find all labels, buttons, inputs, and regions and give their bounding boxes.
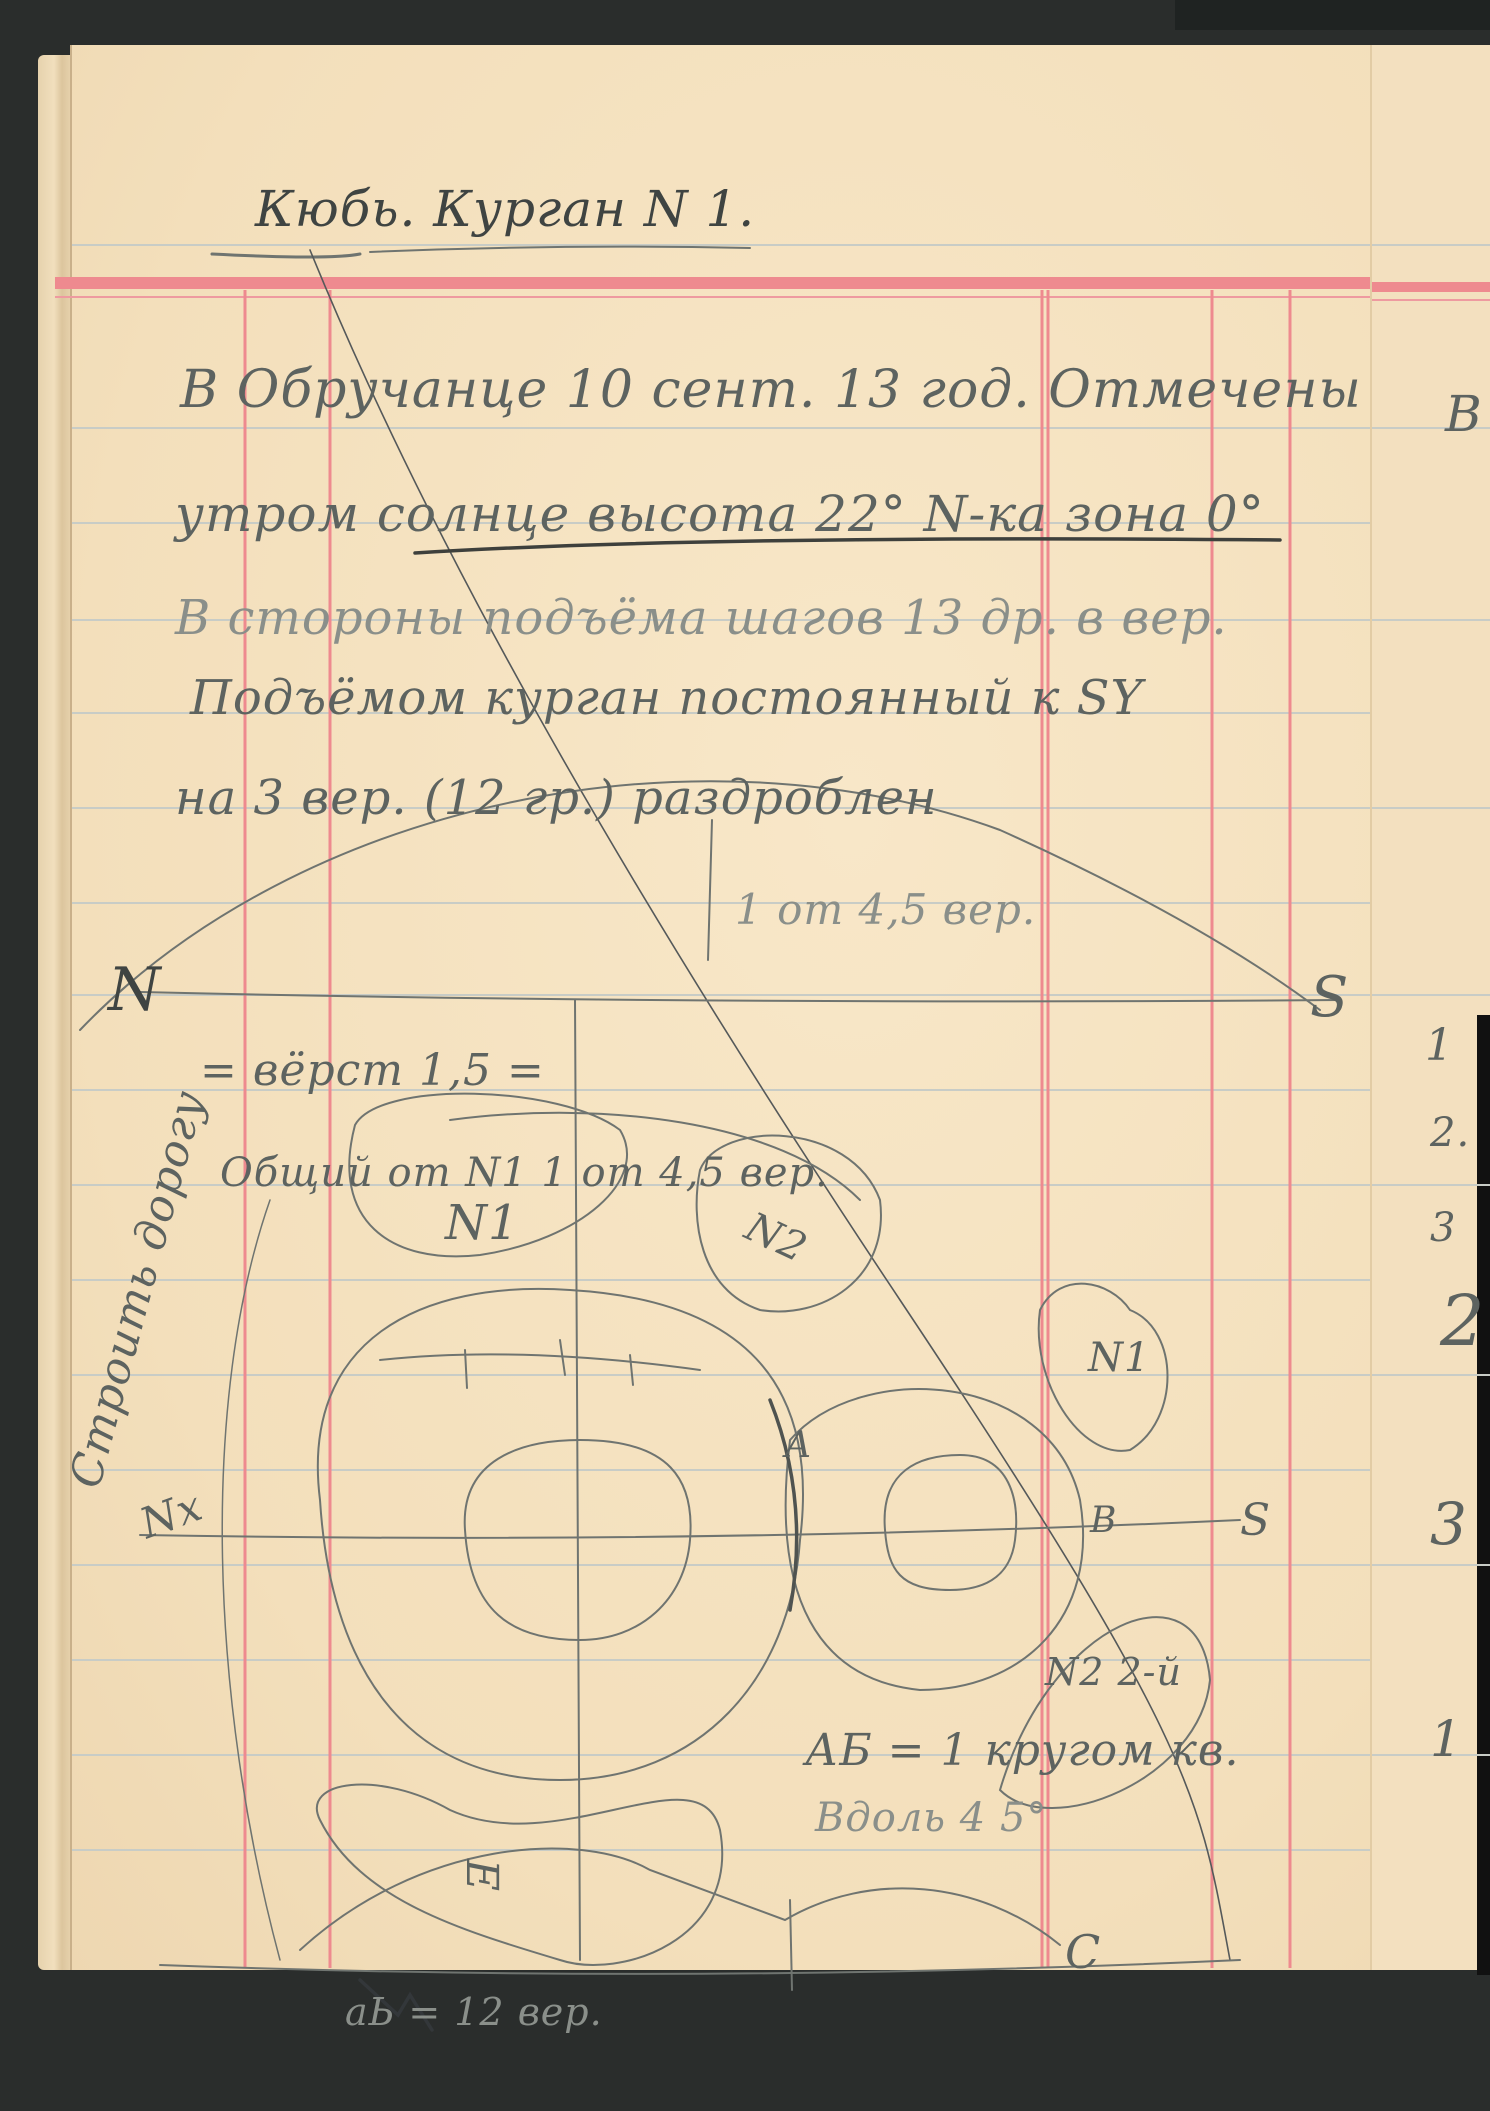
point-a-label: A: [785, 1425, 812, 1466]
point-c-label: C: [1065, 1925, 1101, 1979]
ab-note-line-2: Вдоль 4 5°: [815, 1795, 1047, 1841]
right-page-fragment: 1: [1425, 1020, 1454, 1071]
mound-1-right-label: N1: [1088, 1335, 1150, 1381]
right-page-fragment: 2.: [1430, 1110, 1470, 1156]
body-line: на 3 вер. (12 гр.) раздроблен: [175, 770, 938, 826]
compass-n-label: N: [108, 955, 162, 1025]
compass-s-label: S: [1310, 965, 1349, 1030]
right-page-fragment: 1: [1430, 1710, 1463, 1768]
header-red-rule: [55, 277, 1370, 289]
point-b-label: B: [1090, 1500, 1117, 1541]
mound-1-label: N1: [445, 1195, 520, 1251]
distance-note: 1 от 4,5 вер.: [735, 885, 1036, 934]
scale-note: = вёрст 1,5 =: [200, 1045, 545, 1096]
body-line: В стороны подъёма шагов 13 др. в вер.: [175, 590, 1228, 646]
right-page-fragment: 3: [1430, 1490, 1468, 1558]
bottom-note: аЬ = 12 вер.: [345, 1990, 603, 2034]
right-page-fragment: 2: [1440, 1280, 1486, 1362]
body-line: утром солнце высота 22° N-ка зона 0°: [175, 485, 1265, 543]
point-s-label: S: [1240, 1495, 1271, 1546]
body-line: В Обручанце 10 сент. 13 год. Отмечены: [180, 360, 1362, 420]
mound-2-right-label: N2 2-й: [1045, 1650, 1182, 1694]
point-e-label: Е: [456, 1859, 507, 1892]
ab-note-line-1: АБ = 1 кругом кв.: [805, 1725, 1240, 1776]
page-heading: Кюбь. Курган N 1.: [255, 180, 755, 238]
mound-note: Общий от N1 1 от 4,5 вер.: [220, 1150, 829, 1196]
right-page-fragment: 3: [1430, 1205, 1456, 1251]
body-line: Подъёмом курган постоянный к SY: [190, 670, 1143, 726]
right-page-fragment: В: [1445, 385, 1483, 443]
